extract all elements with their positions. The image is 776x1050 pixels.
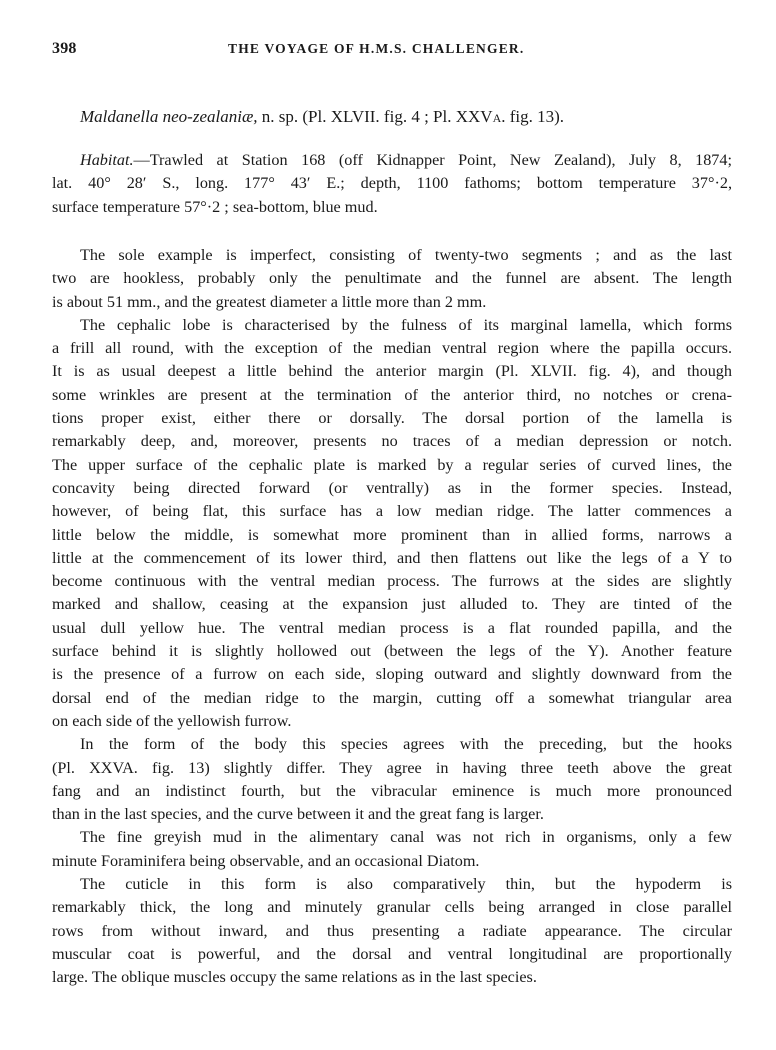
text-line: usual dull yellow hue. The ventral media… (52, 617, 732, 640)
text-line: little at the commencement of its lower … (52, 547, 732, 570)
text-line: fang and an indistinct fourth, but the v… (52, 780, 732, 803)
habitat-line: surface temperature 57°·2 ; sea-bottom, … (52, 196, 732, 219)
running-title: THE VOYAGE OF H.M.S. CHALLENGER. (228, 41, 524, 57)
text-line: The upper surface of the cephalic plate … (52, 454, 732, 477)
text-line: become continuous with the ventral media… (52, 570, 732, 593)
text-line: minute Foraminifera being observable, an… (52, 850, 732, 873)
plate-suffix: A (493, 111, 502, 125)
text-line: on each side of the yellowish furrow. (52, 710, 732, 733)
text-line: is the presence of a furrow on each side… (52, 663, 732, 686)
text-line: marked and shallow, ceasing at the expan… (52, 593, 732, 616)
text-line: The cuticle in this form is also compara… (52, 873, 732, 896)
text-line: little below the middle, is somewhat mor… (52, 524, 732, 547)
text-line: tions proper exist, either there or dors… (52, 407, 732, 430)
text-line: a frill all round, with the exception of… (52, 337, 732, 360)
text-line: The sole example is imperfect, consistin… (52, 244, 732, 267)
text-line: remarkably deep, and, moreover, presents… (52, 430, 732, 453)
text-line: large. The oblique muscles occupy the sa… (52, 966, 732, 989)
habitat-label: Habitat. (80, 151, 134, 169)
text-line: In the form of the body this species agr… (52, 733, 732, 756)
book-page: 398 THE VOYAGE OF H.M.S. CHALLENGER. Mal… (0, 0, 776, 1050)
text-line: than in the last species, and the curve … (52, 803, 732, 826)
text-line: is about 51 mm., and the greatest diamet… (52, 291, 732, 314)
page-number: 398 (52, 40, 77, 58)
text-line: some wrinkles are present at the termina… (52, 384, 732, 407)
text-line: surface behind it is slightly hollowed o… (52, 640, 732, 663)
text-line: It is as usual deepest a little behind t… (52, 360, 732, 383)
paragraph: The cephalic lobe is characterised by th… (52, 314, 732, 733)
habitat-section: Habitat.—Trawled at Station 168 (off Kid… (52, 149, 732, 219)
species-fig-ref: . fig. 13). (501, 107, 564, 126)
species-plate-refs: n. sp. (Pl. XLVII. fig. 4 ; Pl. XXV (258, 107, 493, 126)
body-text: The sole example is imperfect, consistin… (52, 244, 732, 990)
text-line: (Pl. XXVA. fig. 13) slightly differ. The… (52, 757, 732, 780)
paragraph: In the form of the body this species agr… (52, 733, 732, 826)
running-head: 398 THE VOYAGE OF H.M.S. CHALLENGER. (52, 40, 732, 62)
species-heading: Maldanella neo-zealaniæ, n. sp. (Pl. XLV… (80, 107, 564, 127)
habitat-line: lat. 40° 28′ S., long. 177° 43′ E.; dept… (52, 172, 732, 195)
text-line: remarkably thick, the long and minutely … (52, 896, 732, 919)
species-name: Maldanella neo-zealaniæ, (80, 107, 258, 126)
text-line: two are hookless, probably only the penu… (52, 267, 732, 290)
text-line: The cephalic lobe is characterised by th… (52, 314, 732, 337)
paragraph: The fine greyish mud in the alimentary c… (52, 826, 732, 873)
habitat-line: Habitat.—Trawled at Station 168 (off Kid… (52, 149, 732, 172)
text-line: The fine greyish mud in the alimentary c… (52, 826, 732, 849)
paragraph: The cuticle in this form is also compara… (52, 873, 732, 989)
paragraph: The sole example is imperfect, consistin… (52, 244, 732, 314)
text-line: however, of being flat, this surface has… (52, 500, 732, 523)
text-line: muscular coat is powerful, and the dorsa… (52, 943, 732, 966)
text-line: concavity being directed forward (or ven… (52, 477, 732, 500)
text-line: rows from without inward, and thus prese… (52, 920, 732, 943)
text-line: dorsal end of the median ridge to the ma… (52, 687, 732, 710)
